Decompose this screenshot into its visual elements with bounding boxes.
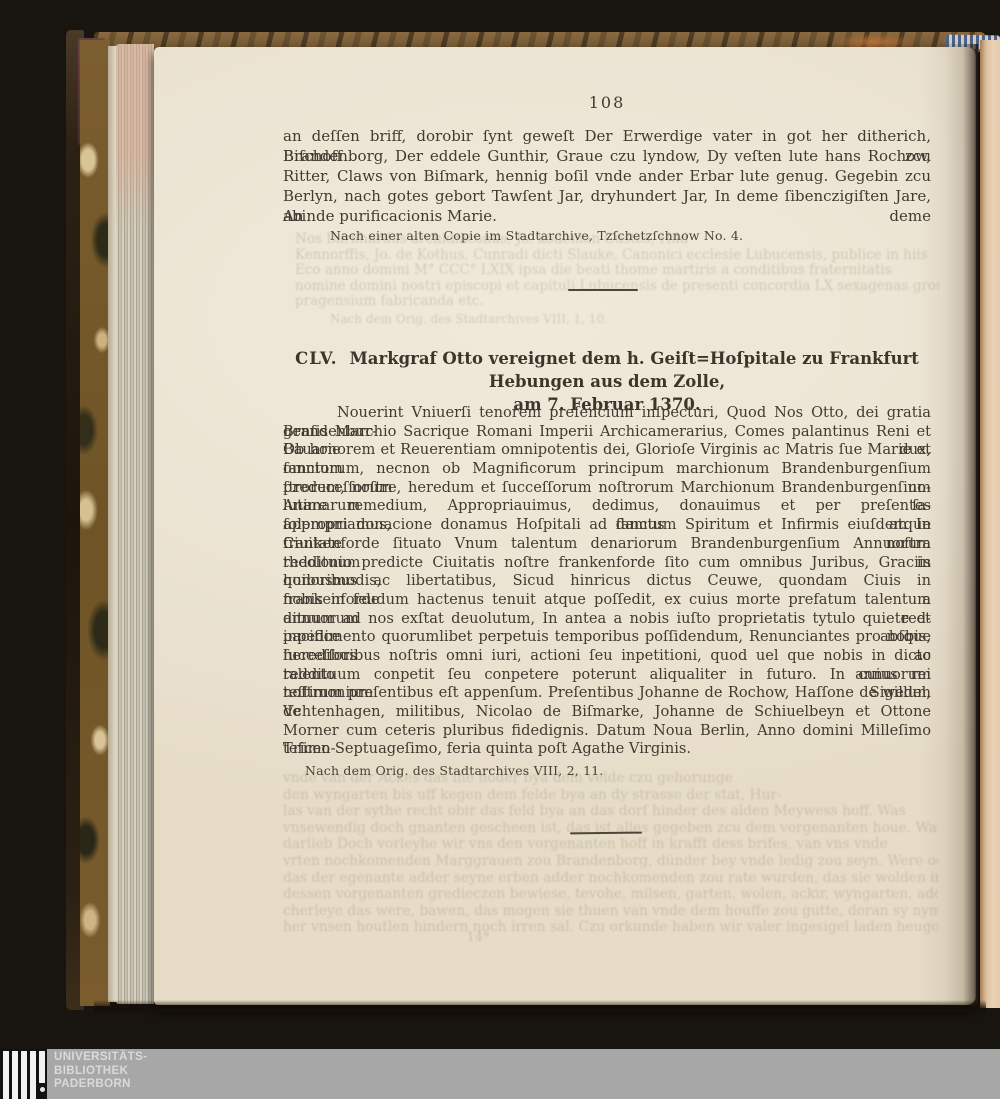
ghost-line: den wyngarten bis uff kegen dem felde by…	[283, 787, 938, 804]
paragraph-line: Berlyn, nach gotes gebort Tawſent Jar, d…	[283, 186, 931, 206]
body-line: dituum ad nos exſtat deuolutum, In antea…	[283, 610, 931, 629]
body-line: genſis Marchio Sacrique Romani Imperii A…	[283, 423, 931, 442]
scan-background: Nos Barnhardus archidiaconus, Jo. kodema…	[0, 0, 1000, 1099]
ghost-line: Kennorffis, Jo. de Kothus, Cunradi dicti…	[295, 248, 940, 264]
ghost-line: cherleye das were, bawen, das mogen sie …	[283, 903, 938, 920]
library-name: UNIVERSITÄTS- BIBLIOTHEK PADERBORN	[54, 1051, 147, 1092]
heading-line-1: CLV.Markgraf Otto vereignet dem h. Geiſt…	[283, 347, 931, 393]
body-line: Morner cum ceteris pluribus fidedignis. …	[283, 722, 931, 741]
heading-title: Markgraf Otto vereignet dem h. Geiſt=Hoſ…	[350, 349, 919, 391]
logo-dot-icon	[40, 1087, 45, 1092]
body-line: inpedimento quorumlibet perpetuis tempor…	[283, 628, 931, 647]
library-name-line-3: PADERBORN	[54, 1078, 147, 1092]
ghost-line: Eco anno domini M° CCC° LXIX ipsa die be…	[295, 263, 940, 279]
page-bottom-shadow	[94, 1000, 986, 1012]
ghost-line: das der egenante adder seyne erben adder…	[283, 870, 938, 887]
ghost-line: pragensium fabricanda etc.	[295, 294, 940, 310]
body-line: ſolempni donacione donamus Hoſpitali ad …	[283, 516, 931, 535]
body-line: honoribus ac libertatibus, Sicud hinricu…	[283, 572, 931, 591]
page-number: 108	[283, 93, 931, 112]
body-line: ſtrorum, noſtre, heredum et ſucceſſorum …	[283, 479, 931, 498]
page-fore-edge-stack	[116, 44, 154, 1004]
charter-body: Nouerint Vniuerſi tenorem preſencium inſ…	[283, 404, 931, 759]
library-name-line-2: BIBLIOTHEK	[54, 1065, 147, 1079]
marbled-endpaper	[80, 40, 110, 1006]
ghost-line: vrten nochkomenden Marggrauen zou Brande…	[283, 853, 938, 870]
ghost-text-upper: Nos Barnhardus archidiaconus, Jo. kodema…	[295, 232, 940, 310]
logo-bar-icon	[3, 1051, 9, 1099]
library-logo-mark	[0, 1049, 47, 1099]
paragraph-line: Ritter, Claws von Biſmark, hennig boſil …	[283, 166, 931, 186]
body-line: teſimo Septuageſimo, feria quinta poſt A…	[283, 740, 931, 759]
body-line: Vchtenhagen, militibus, Nicolao de Biſma…	[283, 703, 931, 722]
body-line: frankenforde ſituato Vnum talentum denar…	[283, 535, 931, 554]
logo-bar-icon	[21, 1051, 27, 1099]
paragraph-line: an deſſen briff, dorobir ſynt geweſt Der…	[283, 126, 931, 146]
ghost-page-signature: 14*	[283, 930, 673, 945]
library-logo-band: UNIVERSITÄTS- BIBLIOTHEK PADERBORN	[0, 1049, 1000, 1099]
body-line: ſucceſſoribus noſtris omni iuri, actioni…	[283, 647, 931, 666]
ghost-source-note: Nach dem Orig. des Stadtarchives VIII, 1…	[330, 312, 608, 326]
body-line: Nouerint Vniuerſi tenorem preſencium inſ…	[283, 404, 931, 423]
body-line: theolonio predicte Ciuitatis noſtre fran…	[283, 554, 931, 573]
body-line: noſtrum preſentibus eſt appenſum. Preſen…	[283, 684, 931, 703]
ghost-line: dessen vorgenanten gredieczen bewiese, t…	[283, 886, 938, 903]
body-line: lutare remedium, Appropriauimus, dedimus…	[283, 497, 931, 516]
section-divider	[568, 289, 638, 291]
ghost-line: las van der sythe recht obir das feld by…	[283, 803, 938, 820]
gutter-shadow	[918, 44, 978, 1006]
logo-bar-icon	[12, 1051, 18, 1099]
source-note-2: Nach dem Orig. des Stadtarchives VIII, 2…	[305, 763, 604, 778]
body-line: Ob honorem et Reuerentiam omnipotentis d…	[283, 441, 931, 460]
ghost-line: darlieb Doch vorleyhe wir vns den vorgen…	[283, 836, 938, 853]
intro-paragraph: an deſſen briff, dorobir ſynt geweſt Der…	[283, 126, 931, 226]
heading-number: CLV.	[295, 349, 337, 368]
ghost-text-lower: vnde van der Ackes das ihe noder bya dem…	[283, 770, 938, 936]
facing-page-edge	[980, 40, 1000, 1008]
ghost-line: nomine domini nostri episcopi et capitul…	[295, 279, 940, 295]
body-line: nobis in feudum hactenus tenuit atque po…	[283, 591, 931, 610]
logo-bar-icon	[39, 1051, 45, 1083]
paragraph-line: Brandenborg, Der eddele Gunthir, Graue c…	[283, 146, 931, 166]
body-line: ſanctorum, necnon ob Magnificorum princi…	[283, 460, 931, 479]
body-line: reddituum conpetit ſeu conpetere poterun…	[283, 666, 931, 685]
logo-bar-icon	[30, 1051, 36, 1099]
source-note-1: Nach einer alten Copie im Stadtarchive, …	[330, 228, 743, 243]
library-name-line-1: UNIVERSITÄTS-	[54, 1051, 147, 1065]
